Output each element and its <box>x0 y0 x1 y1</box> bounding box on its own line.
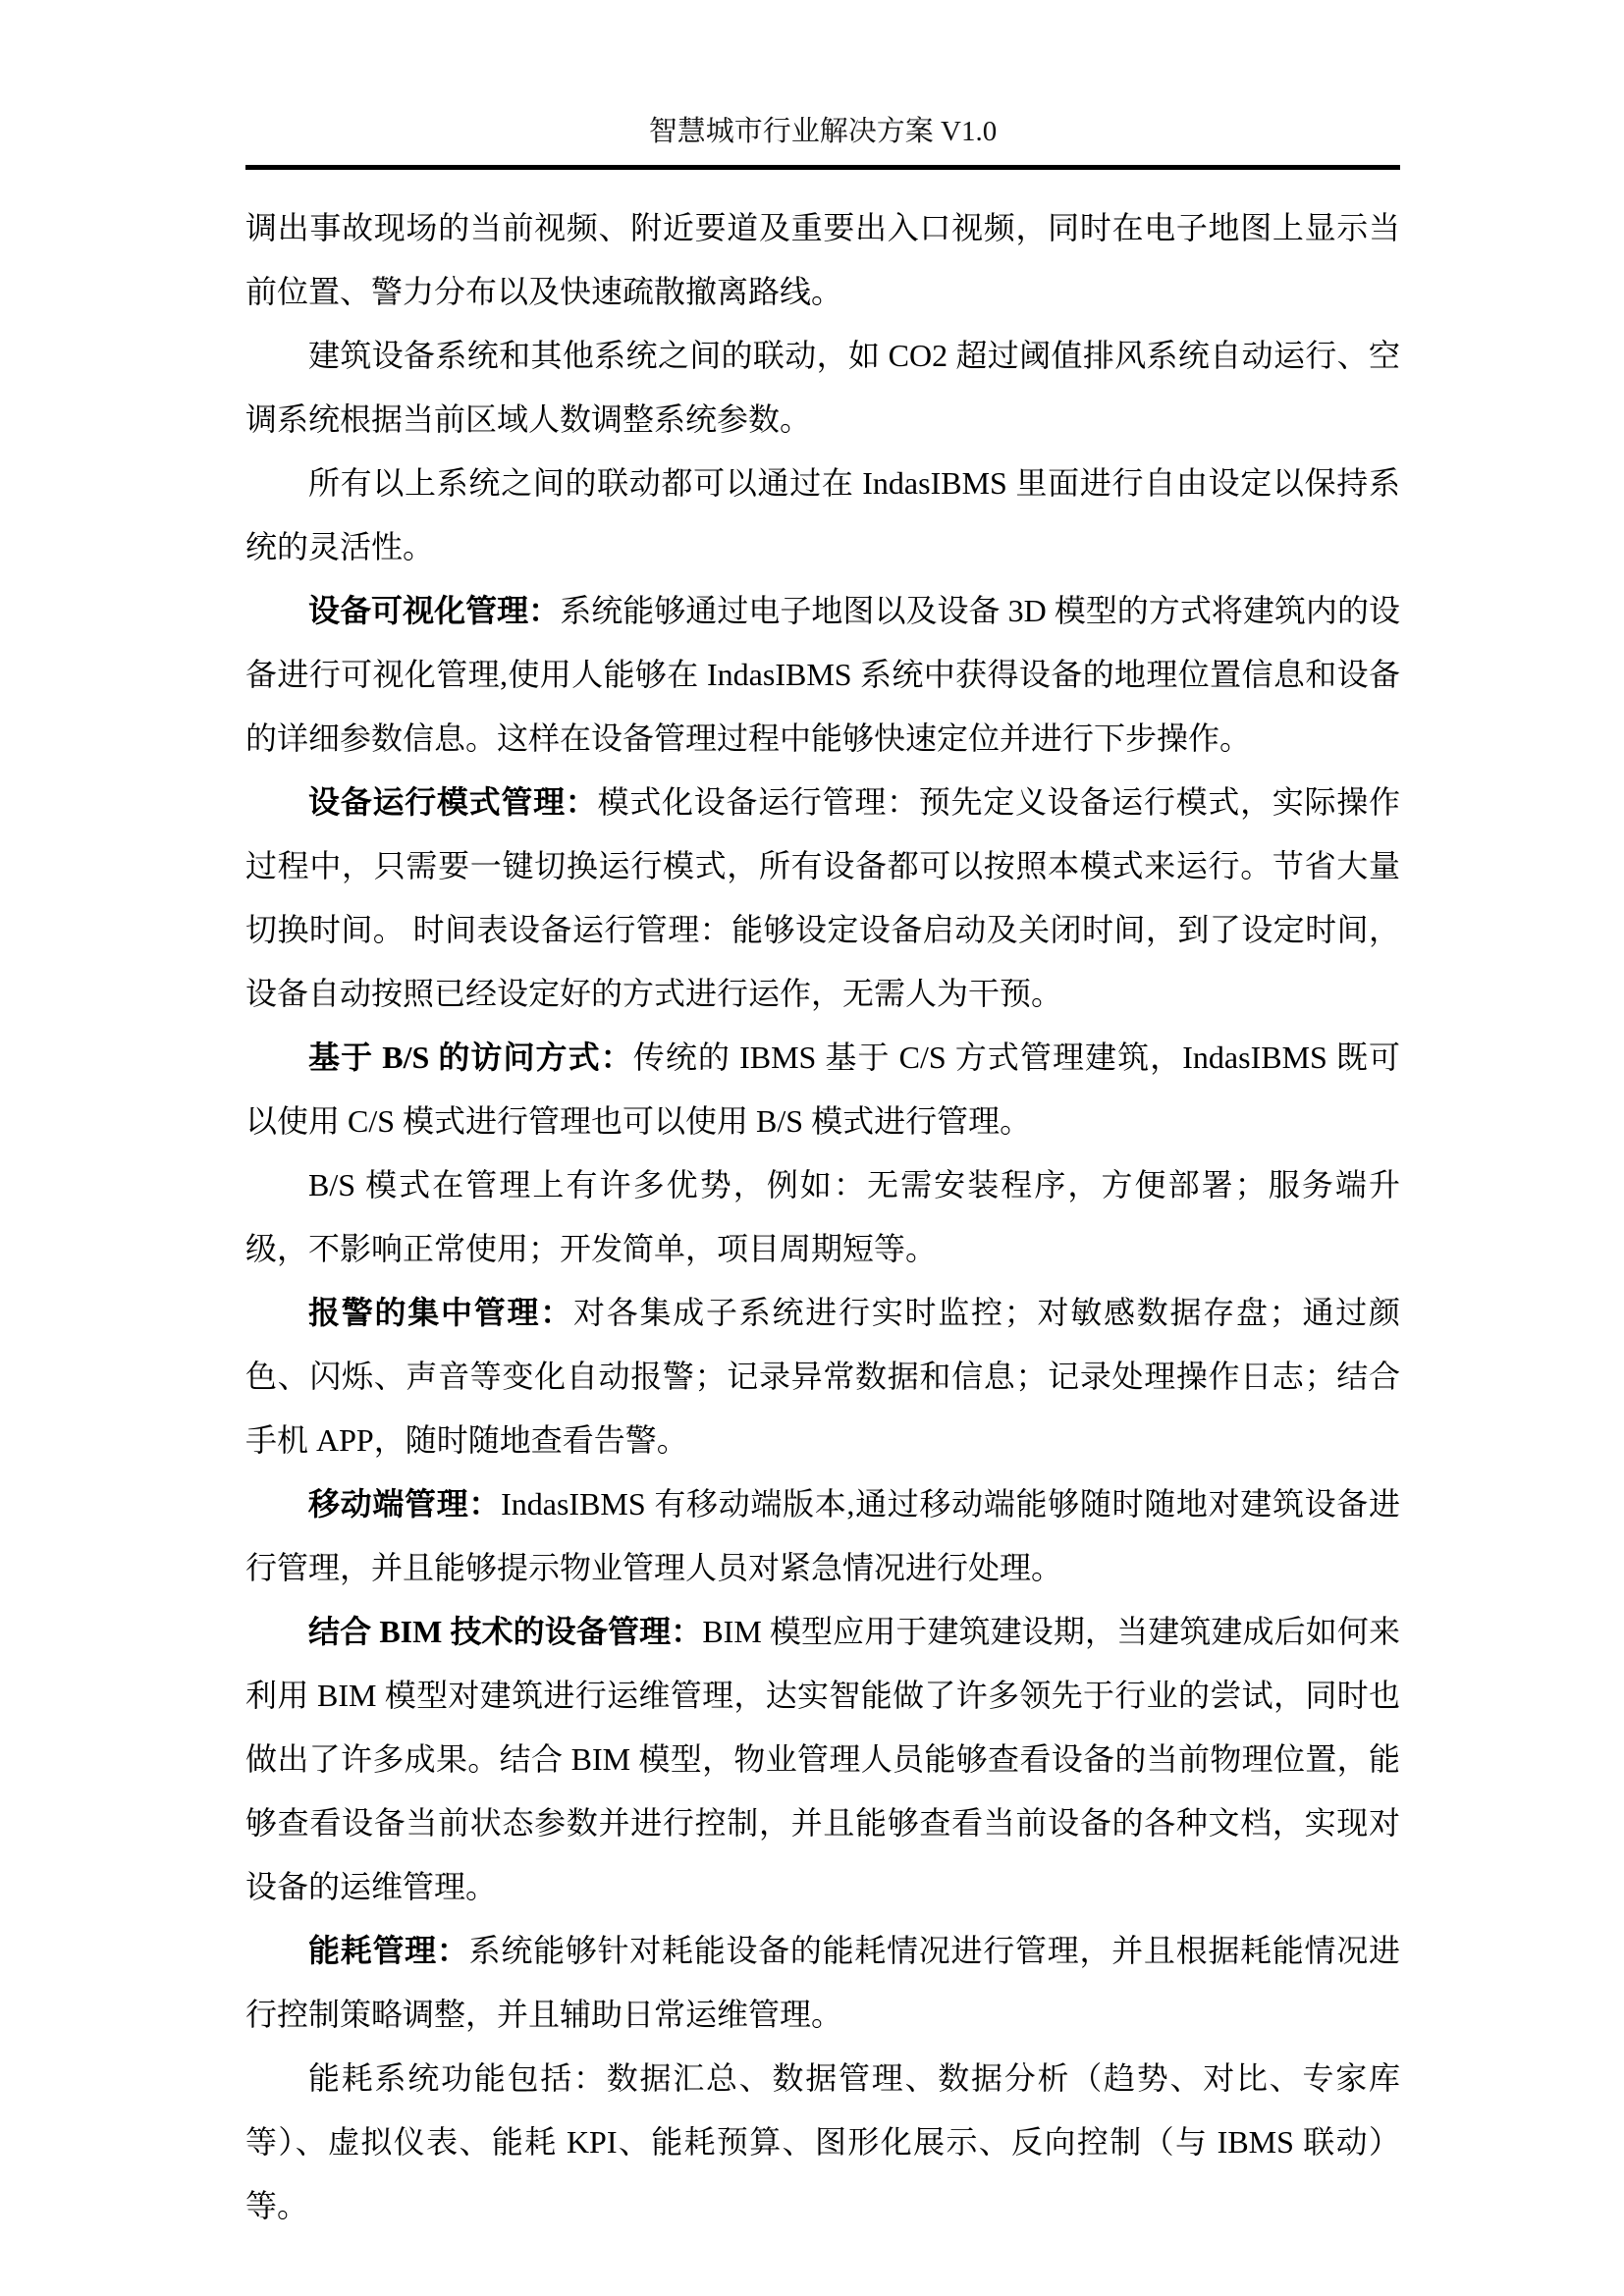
page-header: 智慧城市行业解决方案 V1.0 <box>245 110 1400 153</box>
paragraph: 所有以上系统之间的联动都可以通过在 IndasIBMS 里面进行自由设定以保持系… <box>245 452 1400 579</box>
paragraph: 建筑设备系统和其他系统之间的联动，如 CO2 超过阈值排风系统自动运行、空调系统… <box>245 324 1400 452</box>
header-title: 智慧城市行业解决方案 V1.0 <box>649 116 997 147</box>
paragraph: B/S 模式在管理上有许多优势，例如：无需安装程序，方便部署；服务端升级，不影响… <box>245 1153 1400 1281</box>
paragraph: 设备可视化管理：系统能够通过电子地图以及设备 3D 模型的方式将建筑内的设备进行… <box>245 579 1400 771</box>
paragraph: 能耗管理：系统能够针对耗能设备的能耗情况进行管理，并且根据耗能情况进行控制策略调… <box>245 1919 1400 2047</box>
paragraph: 基于 B/S 的访问方式：传统的 IBMS 基于 C/S 方式管理建筑，Inda… <box>245 1026 1400 1153</box>
paragraph-text: 能耗系统功能包括：数据汇总、数据管理、数据分析（趋势、对比、专家库等）、虚拟仪表… <box>245 2060 1400 2223</box>
document-body: 调出事故现场的当前视频、附近要道及重要出入口视频，同时在电子地图上显示当前位置、… <box>245 196 1400 2238</box>
paragraph-text: B/S 模式在管理上有许多优势，例如：无需安装程序，方便部署；服务端升级，不影响… <box>245 1167 1400 1266</box>
paragraph-lead: 基于 B/S 的访问方式： <box>308 1040 633 1075</box>
paragraph: 调出事故现场的当前视频、附近要道及重要出入口视频，同时在电子地图上显示当前位置、… <box>245 196 1400 324</box>
paragraph-text: 调出事故现场的当前视频、附近要道及重要出入口视频，同时在电子地图上显示当前位置、… <box>245 210 1400 309</box>
paragraph-lead: 设备运行模式管理： <box>308 784 598 820</box>
paragraph-lead: 移动端管理： <box>308 1486 501 1522</box>
paragraph-lead: 设备可视化管理： <box>308 593 560 628</box>
paragraph: 能耗系统功能包括：数据汇总、数据管理、数据分析（趋势、对比、专家库等）、虚拟仪表… <box>245 2047 1400 2238</box>
paragraph: 结合 BIM 技术的设备管理：BIM 模型应用于建筑建设期，当建筑建成后如何来利… <box>245 1600 1400 1919</box>
paragraph: 移动端管理：IndasIBMS 有移动端版本,通过移动端能够随时随地对建筑设备进… <box>245 1472 1400 1600</box>
paragraph: 设备运行模式管理：模式化设备运行管理：预先定义设备运行模式，实际操作过程中，只需… <box>245 771 1400 1026</box>
paragraph-lead: 能耗管理： <box>308 1933 469 1968</box>
paragraph-lead: 结合 BIM 技术的设备管理： <box>308 1614 702 1649</box>
paragraph-lead: 报警的集中管理： <box>308 1295 573 1330</box>
paragraph-text: BIM 模型应用于建筑建设期，当建筑建成后如何来利用 BIM 模型对建筑进行运维… <box>245 1614 1400 1904</box>
header-divider <box>245 165 1400 170</box>
paragraph: 报警的集中管理：对各集成子系统进行实时监控；对敏感数据存盘；通过颜色、闪烁、声音… <box>245 1281 1400 1472</box>
paragraph-text: 建筑设备系统和其他系统之间的联动，如 CO2 超过阈值排风系统自动运行、空调系统… <box>245 338 1400 437</box>
paragraph-text: 所有以上系统之间的联动都可以通过在 IndasIBMS 里面进行自由设定以保持系… <box>245 465 1400 564</box>
document-page: 智慧城市行业解决方案 V1.0 调出事故现场的当前视频、附近要道及重要出入口视频… <box>0 0 1624 2296</box>
